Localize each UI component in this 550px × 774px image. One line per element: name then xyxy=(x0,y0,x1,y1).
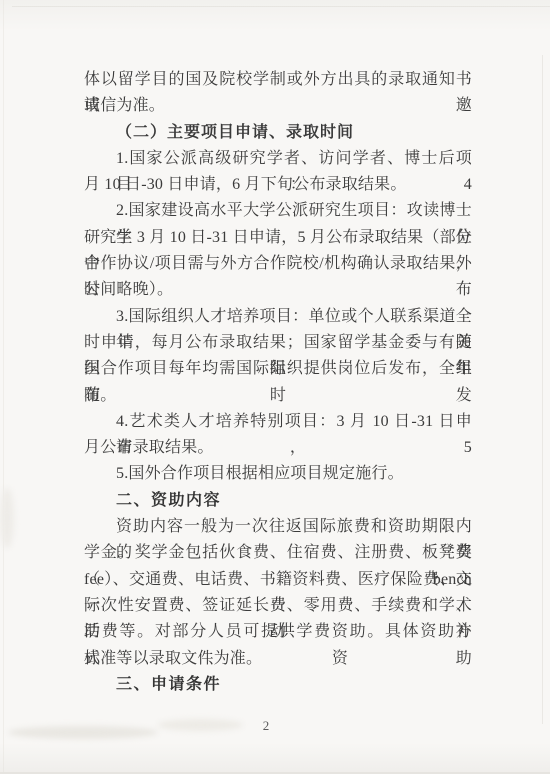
scan-smudge-artifact xyxy=(0,488,14,548)
text-line: 5.国外合作项目根据相应项目规定施行。 xyxy=(84,461,472,487)
text-line: 织合作项目每年均需国际组织提供岗位后发布，全年随时发 xyxy=(84,356,472,382)
scan-edge-artifact-right xyxy=(542,55,543,724)
page-number: 2 xyxy=(0,718,532,734)
scan-edge-artifact-top xyxy=(12,6,550,7)
text-line: 体以留学目的国及院校学制或外方出具的录取通知书或邀 xyxy=(84,67,472,93)
text-line: 3.国际组织人才培养项目：单位或个人联系渠道全年随 xyxy=(84,304,472,330)
text-line: 合作协议/项目需与外方合作院校/机构确认录取结果，公布 xyxy=(84,251,472,277)
document-body-text: 体以留学目的国及院校学制或外方出具的录取通知书或邀 请信为准。 （二）主要项目申… xyxy=(84,67,472,698)
text-line: 学金。奖学金包括伙食费、住宿费、注册费、板凳费（bench xyxy=(84,540,472,566)
text-line: 时申请，每月公布录取结果；国家留学基金委与有关国际组 xyxy=(84,330,472,356)
text-line: fee）、交通费、电话费、书籍资料费、医疗保险费、交际费、 xyxy=(84,567,472,593)
scanned-document-page: 体以留学目的国及院校学制或外方出具的录取通知书或邀 请信为准。 （二）主要项目申… xyxy=(0,0,550,774)
text-line: 研究生 3 月 10 日-31 日申请，5 月公布录取结果（部分中外 xyxy=(84,225,472,251)
section-heading-funding-content: 二、资助内容 xyxy=(84,488,472,514)
text-line: 2.国家建设高水平大学公派研究生项目：攻读博士学位 xyxy=(84,198,472,224)
scan-edge-artifact-left xyxy=(3,0,4,774)
text-line: 4.艺术类人才培养特别项目：3 月 10 日-31 日申请，5 xyxy=(84,409,472,435)
text-line: 资助内容一般为一次往返国际旅费和资助期限内的奖 xyxy=(84,514,472,540)
text-line: 一次性安置费、签证延长费、零用费、手续费和学术活动补 xyxy=(84,593,472,619)
text-line: 助费等。对部分人员可提供学费资助。具体资助方式、资助 xyxy=(84,619,472,645)
subsection-heading-application-times: （二）主要项目申请、录取时间 xyxy=(84,120,472,146)
section-heading-application-requirements: 三、申请条件 xyxy=(84,672,472,698)
text-line: 1.国家公派高级研究学者、访问学者、博士后项目：4 xyxy=(84,146,472,172)
